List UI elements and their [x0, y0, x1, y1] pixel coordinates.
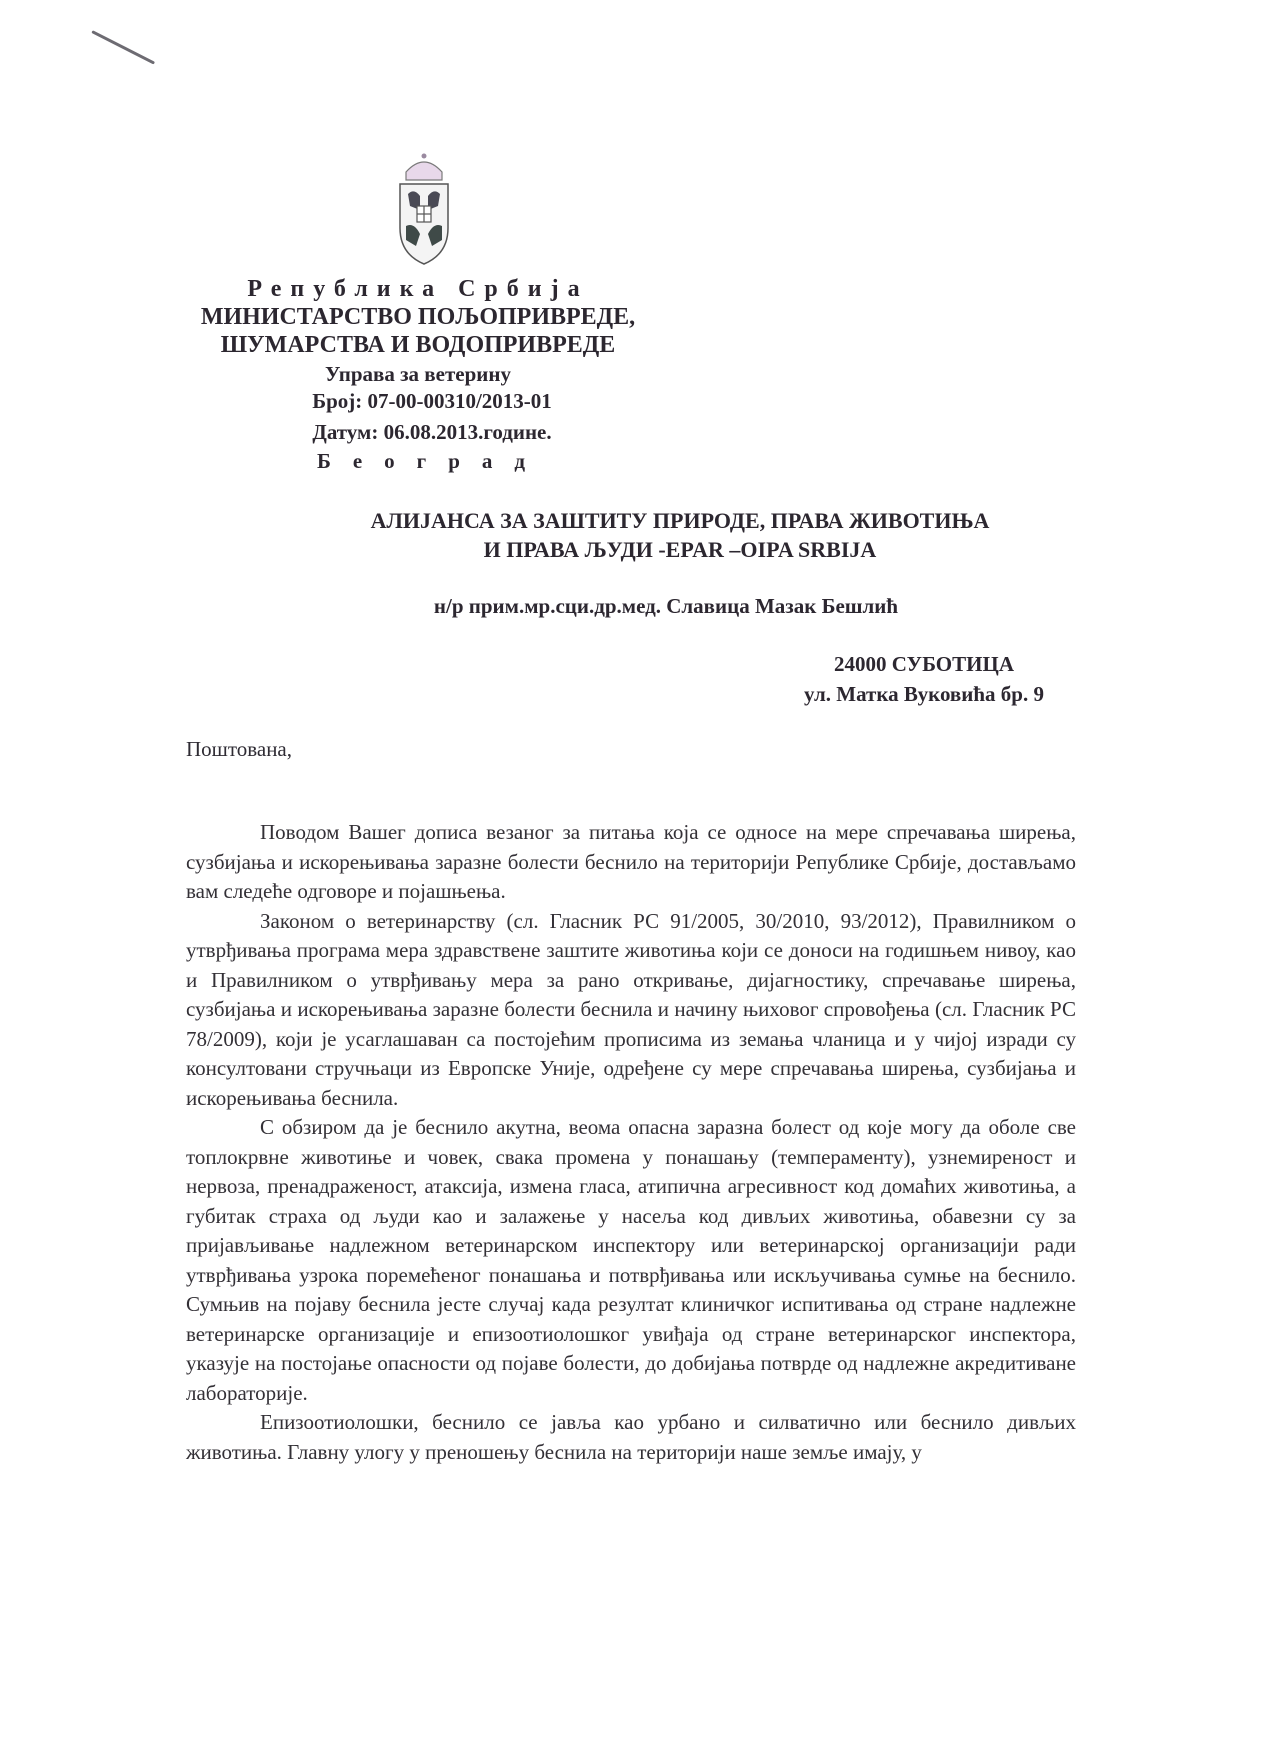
header-republic: Република Србија — [247, 276, 588, 303]
header-department: Управа за ветерину — [325, 362, 511, 387]
header-ministry-line1: МИНИСТАРСТВО ПОЉОПРИВРЕДЕ, — [201, 304, 635, 331]
salutation: Поштована, — [186, 737, 292, 762]
document-number: Број: 07-00-00310/2013-01 — [312, 389, 552, 414]
serbian-coat-of-arms-icon — [392, 150, 456, 270]
recipient-attention: н/р прим.мр.сци.др.мед. Славица Мазак Бе… — [434, 594, 898, 619]
header-ministry-line2: ШУМАРСТВА И ВОДОПРИВРЕДЕ — [221, 332, 616, 359]
body-paragraph: Поводом Вашег дописа везаног за питања к… — [186, 818, 1076, 907]
document-date: Датум: 06.08.2013.године. — [312, 420, 551, 445]
body-paragraph: Епизоотиолошки, беснило се јавља као урб… — [186, 1408, 1076, 1467]
recipient-org-line2: И ПРАВА ЉУДИ -EPAR –OIPA SRBIJA — [484, 537, 877, 563]
body-paragraph: Законом о ветеринарству (сл. Гласник РС … — [186, 907, 1076, 1114]
letter-body: Поводом Вашег дописа везаног за питања к… — [186, 818, 1076, 1467]
recipient-postal-city: 24000 СУБОТИЦА — [834, 652, 1014, 677]
pen-stroke-mark — [91, 30, 155, 64]
recipient-org-line1: АЛИЈАНСА ЗА ЗАШТИТУ ПРИРОДЕ, ПРАВА ЖИВОТ… — [371, 508, 990, 534]
recipient-street: ул. Матка Вуковића бр. 9 — [804, 682, 1044, 707]
body-paragraph: С обзиром да је беснило акутна, веома оп… — [186, 1113, 1076, 1408]
header-city: Београд — [317, 449, 547, 474]
